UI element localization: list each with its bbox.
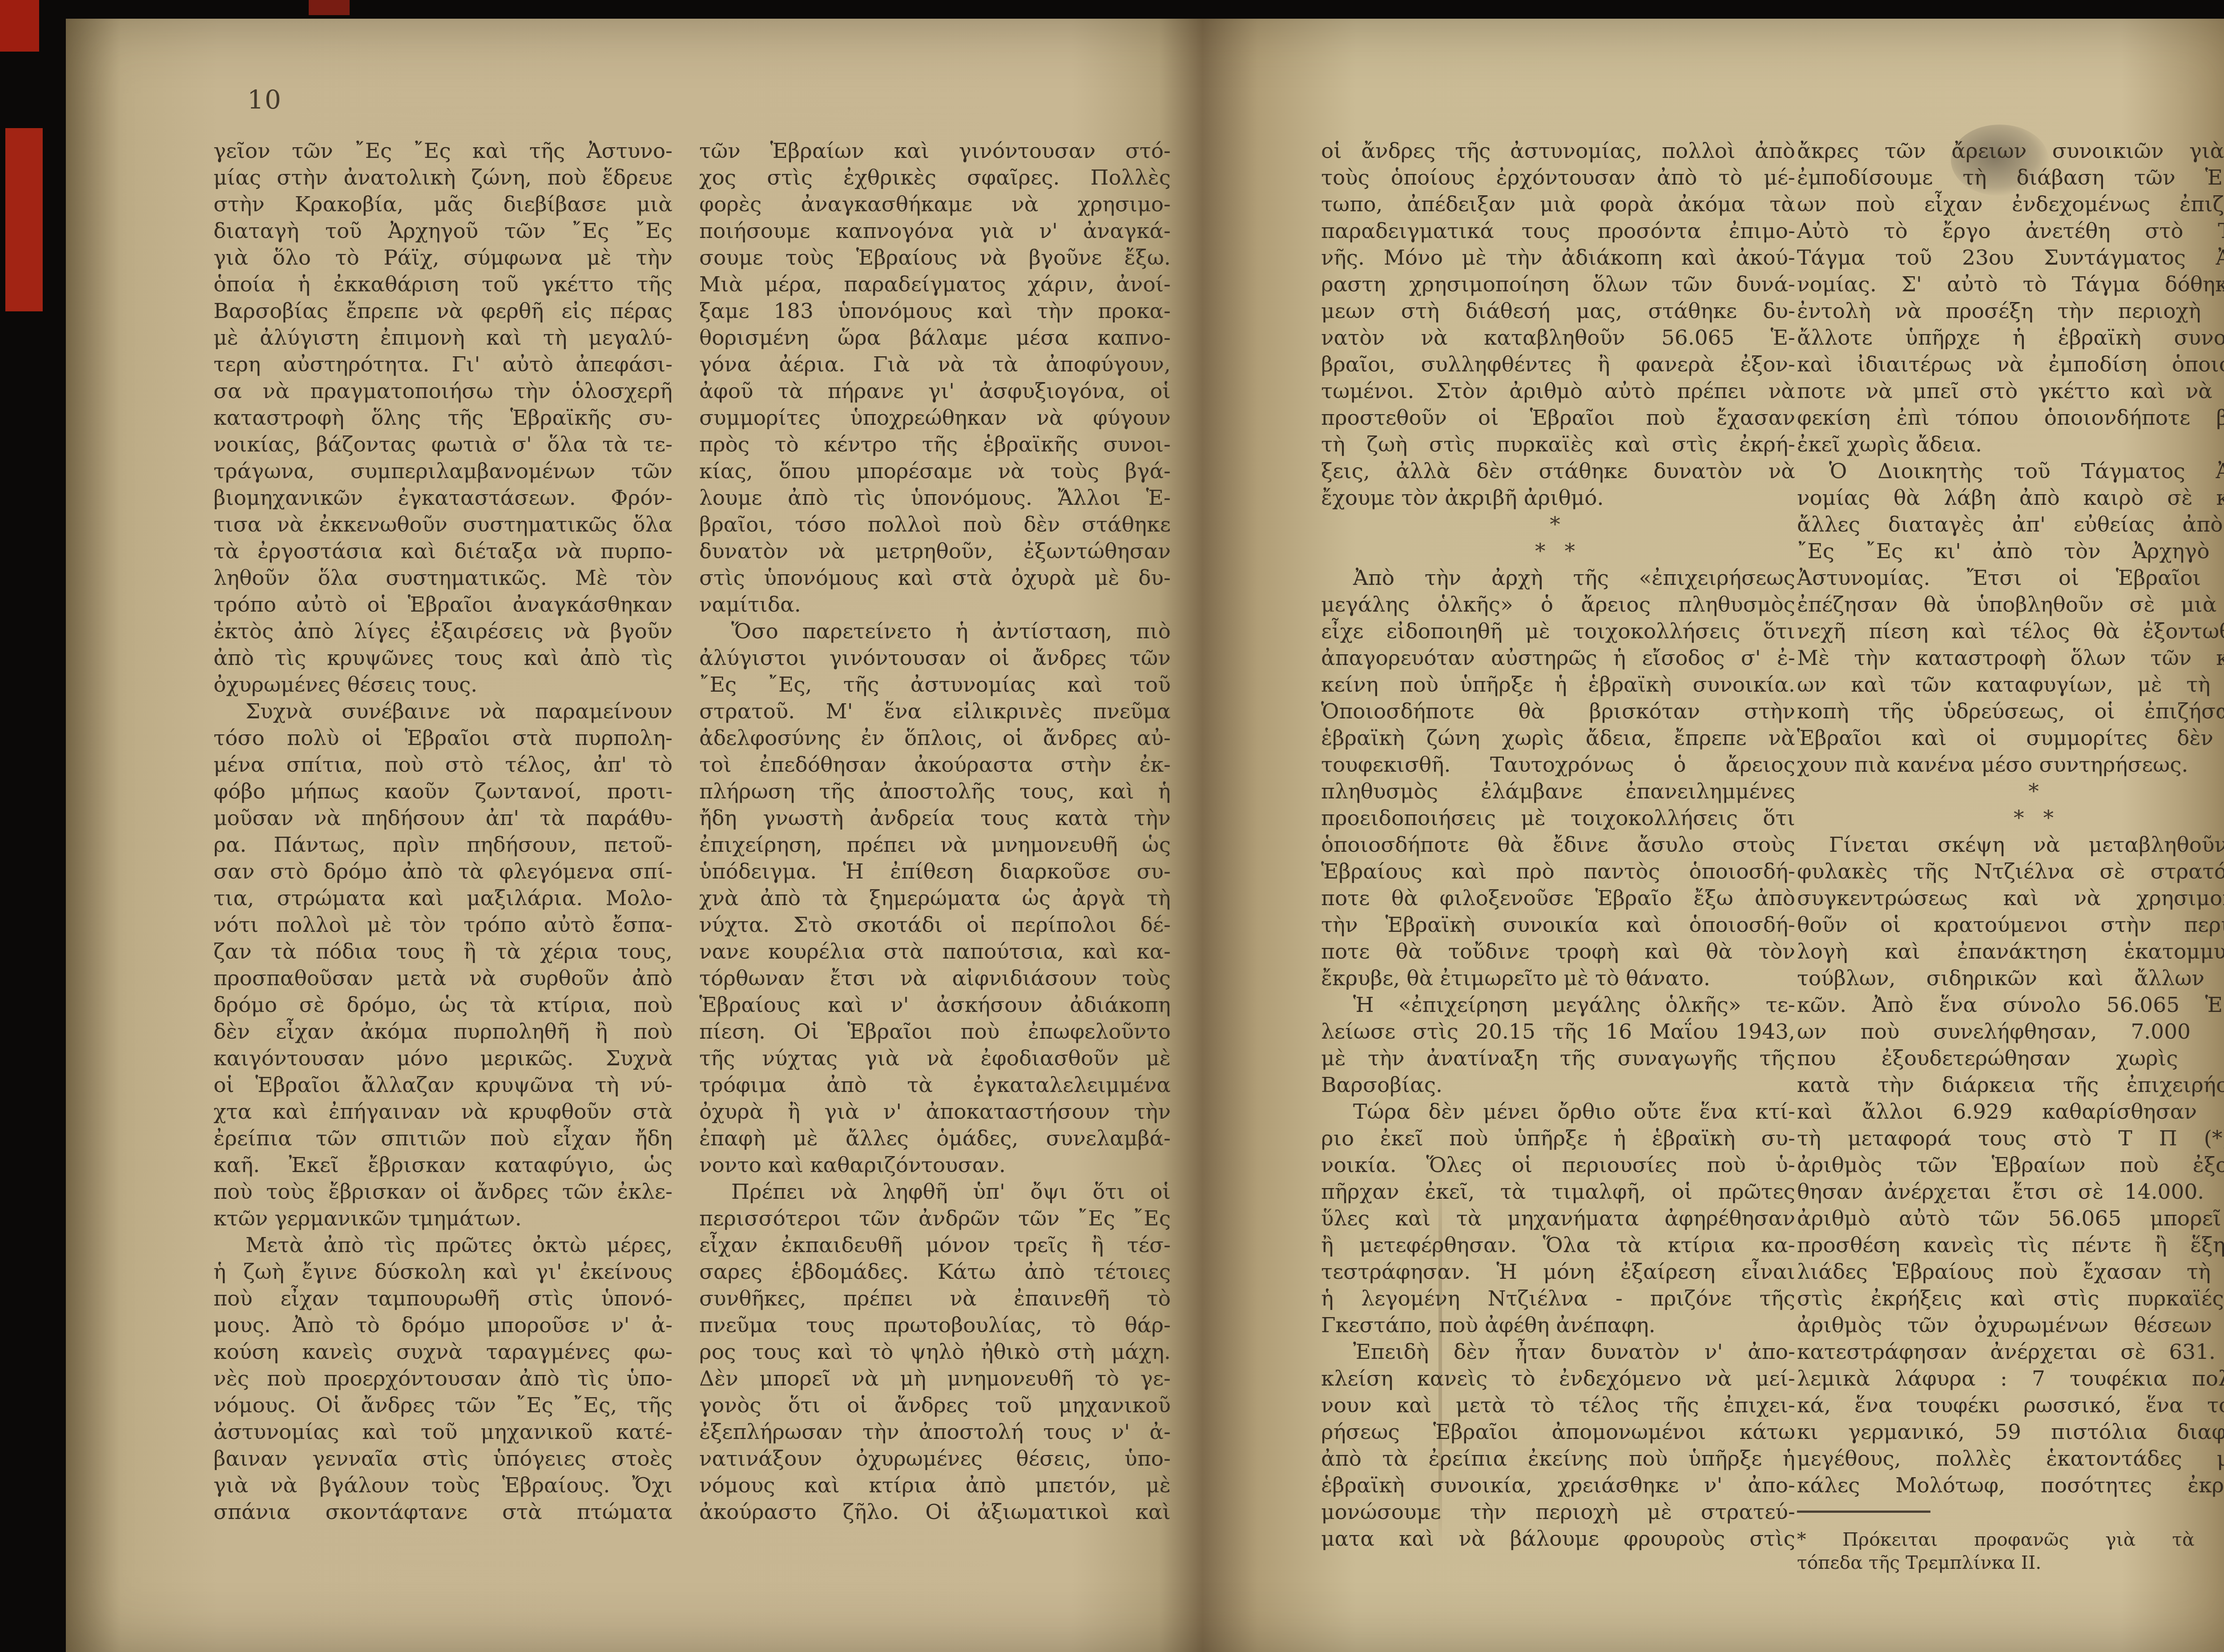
text-line: σα νὰ πραγματοποιήσω τὴν ὁλοσχερῆ xyxy=(214,378,673,405)
text-line: νομίας. Σ' αὐτὸ τὸ Τάγμα δόθηκε ἡ xyxy=(1797,271,2224,298)
text-line: μεγάλης ὁλκῆς» ὁ ἄρειος πληθυσμὸς xyxy=(1321,592,1795,618)
text-line: καὶ ἄλλοι 6.929 καθαρίσθησαν μετὰ xyxy=(1797,1099,2224,1125)
text-line: παραδειγματικά τους προσόντα ἐπιμο- xyxy=(1321,218,1795,245)
text-line: κλείση κανεὶς τὸ ἐνδεχόμενο νὰ μεί- xyxy=(1321,1366,1795,1392)
text-line: ξεις, ἀλλὰ δὲν στάθηκε δυνατὸν νὰ xyxy=(1321,458,1795,485)
text-line: ποὺ εἶχαν ταμπουρωθῆ στὶς ὑπονό- xyxy=(214,1285,673,1312)
text-line: κατεστράφησαν ἀνέρχεται σὲ 631. Πο- xyxy=(1797,1339,2224,1366)
text-line: θορισμένη ὥρα βάλαμε μέσα καπνο- xyxy=(699,325,1171,351)
text-line: ζαν τὰ πόδια τους ἢ τὰ χέρια τους, xyxy=(214,939,673,965)
text-line: θησαν ἀνέρχεται ἔτσι σὲ 14.000. Στὸν xyxy=(1797,1179,2224,1205)
text-line: τὴ ζωὴ στὶς πυρκαϊὲς καὶ στὶς ἐκρή- xyxy=(1321,431,1795,458)
text-line: βιομηχανικῶν ἐγκαταστάσεων. Φρόν- xyxy=(214,485,673,512)
text-line: ἔχουμε τὸν ἀκριβῆ ἀριθμό. xyxy=(1321,485,1795,512)
text-line: κά, ἕνα τουφέκι ρωσσικό, ἕνα τουφέ- xyxy=(1797,1392,2224,1419)
text-line: Ἀπὸ τὴν ἀρχὴ τῆς «ἐπιχειρήσεως xyxy=(1321,565,1795,592)
text-line: Ἀστυνομίας. Ἔτσι οἱ Ἑβραῖοι ποὺ xyxy=(1797,565,2224,592)
text-line: φορὲς ἀναγκασθήκαμε νὰ χρησιμο- xyxy=(699,191,1171,218)
text-line: βραῖοι, τόσο πολλοὶ ποὺ δὲν στάθηκε xyxy=(699,512,1171,538)
text-line: τοὺς ὁποίους ἐρχόντουσαν ἀπὸ τὸ μέ- xyxy=(1321,165,1795,191)
text-line: ὁποιοσδήποτε θὰ ἔδινε ἄσυλο στοὺς xyxy=(1321,832,1795,858)
text-line: ριο ἐκεῖ ποὺ ὑπῆρξε ἡ ἑβραϊκὴ συ- xyxy=(1321,1125,1795,1152)
text-line: κάλες Μολότωφ, ποσότητες ἐκρηκτι- xyxy=(1797,1472,2224,1499)
text-line: ποὺ τοὺς ἔβρισκαν οἱ ἄνδρες τῶν ἐκλε- xyxy=(214,1179,673,1205)
text-line: περισσότεροι τῶν ἀνδρῶν τῶν ῎Ες ῎Ες xyxy=(699,1205,1171,1232)
text-line: τράγωνα, συμπεριλαμβανομένων τῶν xyxy=(214,458,673,485)
text-line: ραστη χρησιμοποίηση ὅλων τῶν δυνά- xyxy=(1321,271,1795,298)
text-line: ἔκρυβε, θὰ ἐτιμωρεῖτο μὲ τὸ θάνατο. xyxy=(1321,965,1795,992)
text-line: λείωσε στὶς 20.15 τῆς 16 Μαΐου 1943, xyxy=(1321,1019,1795,1045)
text-line: ἐπιχείρηση, πρέπει νὰ μνημονευθῆ ὡς xyxy=(699,832,1171,858)
text-line: λιάδες Ἑβραίους ποὺ ἔχασαν τὴ ζωὴ xyxy=(1797,1259,2224,1285)
text-line: τὴ μεταφορά τους στὸ Τ Π (*)· ὁ xyxy=(1797,1125,2224,1152)
text-line: ἐμποδίσουμε τὴ διάβαση τῶν Ἑβραί- xyxy=(1797,165,2224,191)
text-line: καῆ. Ἐκεῖ ἔβρισκαν καταφύγιο, ὡς xyxy=(214,1152,673,1179)
text-line: μένα σπίτια, ποὺ στὸ τέλος, ἀπ' τὸ xyxy=(214,752,673,778)
text-line: μοῦσαν νὰ πηδήσουν ἀπ' τὰ παράθυ- xyxy=(214,805,673,832)
text-line: μίας στὴν ἀνατολικὴ ζώνη, ποὺ ἕδρευε xyxy=(214,165,673,191)
text-line: εἶχε εἰδοποιηθῆ μὲ τοιχοκολλήσεις ὅτι xyxy=(1321,618,1795,645)
text-line: φεκίση ἐπὶ τόπου ὁποιονδήποτε βρεθῆ xyxy=(1797,405,2224,431)
text-line: τὴν Ἑβραϊκὴ συνοικία καὶ ὁποιοσδή- xyxy=(1321,912,1795,939)
text-line: νανε κουρέλια στὰ παπούτσια, καὶ κα- xyxy=(699,939,1171,965)
text-line: τερη αὐστηρότητα. Γι' αὐτὸ ἀπεφάσι- xyxy=(214,351,673,378)
text-line: λεμικὰ λάφυρα : 7 τουφέκια πολωνι- xyxy=(1797,1366,2224,1392)
text-line: νατινάξουν ὀχυρωμένες θέσεις, ὑπο- xyxy=(699,1446,1171,1472)
text-line: κι γερμανικό, 59 πιστόλια διαφόρου xyxy=(1797,1419,2224,1446)
text-line: ξαμε 183 ὑπονόμους καὶ τὴν προκα- xyxy=(699,298,1171,325)
text-line: λογὴ καὶ ἐπανάκτηση ἑκατομμυρίων xyxy=(1797,939,2224,965)
text-line: ῎Ες ῎Ες, τῆς ἀστυνομίας καὶ τοῦ xyxy=(699,672,1171,698)
text-line: μὲ τὴν ἀνατίναξη τῆς συναγωγῆς τῆς xyxy=(1321,1045,1795,1072)
text-line: Δὲν μπορεῖ νὰ μὴ μνημονευθῆ τὸ γε- xyxy=(699,1366,1171,1392)
text-line: ἐκτὸς ἀπὸ λίγες ἐξαιρέσεις νὰ βγοῦν xyxy=(214,618,673,645)
text-line: που ἐξουδετερώθησαν χωρὶς ἄλλο xyxy=(1797,1045,2224,1072)
text-line: Ἑβραίους καὶ ν' ἀσκήσουν ἀδιάκοπη xyxy=(699,992,1171,1019)
text-line: ἀκούραστο ζῆλο. Οἱ ἀξιωματικοὶ καὶ xyxy=(699,1499,1171,1526)
text-line: τοὶ ἐπεδόθησαν ἀκούραστα στὴν ἐκ- xyxy=(699,752,1171,778)
footnote-line: * Πρόκειται προφανῶς γιὰ τὰ στρα xyxy=(1797,1528,2224,1551)
text-line: νοντο καὶ καθαριζόντουσαν. xyxy=(699,1152,1171,1179)
text-line: νόμους καὶ κτίρια ἀπὸ μπετόν, μὲ xyxy=(699,1472,1171,1499)
text-line: ὀχυρὰ ἢ γιὰ ν' ἀποκαταστήσουν τὴν xyxy=(699,1099,1171,1125)
text-line: συνθῆκες, πρέπει νὰ ἐπαινεθῆ τὸ xyxy=(699,1285,1171,1312)
text-line: οἱ ἄνδρες τῆς ἀστυνομίας, πολλοὶ ἀπὸ xyxy=(1321,138,1795,165)
red-edge-mark-top xyxy=(0,0,39,52)
text-line: γόνα ἀέρια. Γιὰ νὰ τὰ ἀποφύγουν, xyxy=(699,351,1171,378)
text-line: στὴν Κρακοβία, μᾶς διεβίβασε μιὰ xyxy=(214,191,673,218)
text-line: κῶν. Ἀπὸ ἕνα σύνολο 56.065 Ἑβραί- xyxy=(1797,992,2224,1019)
text-line: νότι πολλοὶ μὲ τὸν τρόπο αὐτὸ ἔσπα- xyxy=(214,912,673,939)
text-line: Αὐτὸ τὸ ἔργο ἀνετέθη στὸ Τρίτο xyxy=(1797,218,2224,245)
text-line: ματα καὶ νὰ βάλουμε φρουροὺς στὶς xyxy=(1321,1526,1795,1552)
text-line: νεχῆ πίεση καὶ τέλος θὰ ἐξοντωθοῦν. xyxy=(1797,618,2224,645)
text-line: Βαρσοβίας. xyxy=(1321,1072,1795,1099)
text-line: ἀπαγορευόταν αὐστηρῶς ἡ εἴσοδος σ' ἐ- xyxy=(1321,645,1795,672)
footnote-rule xyxy=(1797,1511,1930,1528)
text-line: ρα. Πάντως, πρὶν πηδήσουν, πετοῦ- xyxy=(214,832,673,858)
text-line: πῆρχαν ἐκεῖ, τὰ τιμαλφῆ, οἱ πρῶτες xyxy=(1321,1179,1795,1205)
text-line: πίεση. Οἱ Ἑβραῖοι ποὺ ἐπωφελοῦντο xyxy=(699,1019,1171,1045)
text-line: ὑπόδειγμα. Ἡ ἐπίθεση διαρκοῦσε συ- xyxy=(699,858,1171,885)
text-line: δὲν εἶχαν ἀκόμα πυρποληθῆ ἢ ποὺ xyxy=(214,1019,673,1045)
text-line: Πρέπει νὰ ληφθῆ ὑπ' ὄψι ὅτι οἱ xyxy=(699,1179,1171,1205)
text-line: διαταγὴ τοῦ Ἀρχηγοῦ τῶν ῎Ες ῎Ες xyxy=(214,218,673,245)
text-line: νοικίας, βάζοντας φωτιὰ σ' ὅλα τὰ τε- xyxy=(214,431,673,458)
text-line: ἐξεπλήρωσαν τὴν ἀποστολή τους ν' ἀ- xyxy=(699,1419,1171,1446)
text-line: νόμους. Οἱ ἄνδρες τῶν ῎Ες ῎Ες, τῆς xyxy=(214,1392,673,1419)
page-number-left: 10 xyxy=(247,85,282,115)
text-line: ληθοῦν ὅλα συστηματικῶς. Μὲ τὸν xyxy=(214,565,673,592)
text-line: γεῖον τῶν ῎Ες ῎Ες καὶ τῆς Ἀστυνο- xyxy=(214,138,673,165)
text-line: τῶν Ἑβραίων καὶ γινόντουσαν στό- xyxy=(699,138,1171,165)
section-separator-stars: * xyxy=(1797,778,2224,805)
text-line: καὶ ἰδιαιτέρως νὰ ἐμποδίση ὁποιονδή- xyxy=(1797,351,2224,378)
text-line: ὕλες καὶ τὰ μηχανήματα ἀφηρέθησαν xyxy=(1321,1205,1795,1232)
text-line: ων ποὺ συνελήφθησαν, 7.000 περί- xyxy=(1797,1019,2224,1045)
text-line: σαρες ἑβδομάδες. Κάτω ἀπὸ τέτοιες xyxy=(699,1259,1171,1285)
text-line: κίας, ὅπου μπορέσαμε νὰ τοὺς βγά- xyxy=(699,458,1171,485)
red-top-smudge xyxy=(309,0,350,15)
text-line: ἑβραϊκὴ ζώνη χωρὶς ἄδεια, ἔπρεπε νὰ xyxy=(1321,725,1795,752)
text-line: πνεῦμα τους πρωτοβουλίας, τὸ θάρ- xyxy=(699,1312,1171,1339)
section-separator-stars: * xyxy=(1321,512,1795,538)
text-line: τόρθωναν ἔτσι νὰ αἰφνιδιάσουν τοὺς xyxy=(699,965,1171,992)
text-line: κτῶν γερμανικῶν τμημάτων. xyxy=(214,1205,673,1232)
text-line: στὶς ἐκρήξεις καὶ στὶς πυρκαϊές. Ὁ xyxy=(1797,1285,2224,1312)
text-line: οἱ Ἑβραῖοι ἄλλαζαν κρυψῶνα τὴ νύ- xyxy=(214,1072,673,1099)
text-line: ἤδη γνωστὴ ἀνδρεία τους κατὰ τὴν xyxy=(699,805,1171,832)
text-line: Τάγμα τοῦ 23ου Συντάγματος Ἀστυ- xyxy=(1797,245,2224,271)
text-line: ἄλλες διαταγὲς ἀπ' εὐθείας ἀπὸ τὰ xyxy=(1797,512,2224,538)
text-line: ἀπὸ τὶς κρυψῶνες τους καὶ ἀπὸ τὶς xyxy=(214,645,673,672)
text-line: ἑβραϊκὴ συνοικία, χρειάσθηκε ν' ἀπο- xyxy=(1321,1472,1795,1499)
text-line: ὁποία ἡ ἐκκαθάριση τοῦ γκέττο τῆς xyxy=(214,271,673,298)
open-book-pages: 10 11 γεῖον τῶν ῎Ες ῎Ες καὶ τῆς Ἀστυνο-μ… xyxy=(66,19,2224,1652)
text-line: ἀριθμὸς τῶν Ἑβραίων ποὺ ἐξοντώ- xyxy=(1797,1152,2224,1179)
text-line: τουφεκισθῆ. Ταυτοχρόνως ὁ ἄρειος xyxy=(1321,752,1795,778)
text-line: Γίνεται σκέψη νὰ μεταβληθοῦν οἱ xyxy=(1797,832,2224,858)
text-line: σουμε τοὺς Ἑβραίους νὰ βγοῦνε ἔξω. xyxy=(699,245,1171,271)
text-line: βαιναν γενναῖα στὶς ὑπόγειες στοὲς xyxy=(214,1446,673,1472)
text-line: προειδοποιήσεις μὲ τοιχοκολλήσεις ὅτι xyxy=(1321,805,1795,832)
text-line: λουμε ἀπὸ τὶς ὑπονόμους. Ἄλλοι Ἑ- xyxy=(699,485,1171,512)
text-line: ἐπέζησαν θὰ ὑποβληθοῦν σὲ μιὰ συ- xyxy=(1797,592,2224,618)
text-line: νουν καὶ μετὰ τὸ τέλος τῆς ἐπιχει- xyxy=(1321,1392,1795,1419)
text-line: δρόμο σὲ δρόμο, ὡς τὰ κτίρια, ποὺ xyxy=(214,992,673,1019)
section-separator-stars: * * xyxy=(1321,538,1795,565)
text-line: τωμένοι. Στὸν ἀριθμὸ αὐτὸ πρέπει νὰ xyxy=(1321,378,1795,405)
text-line: σαν στὸ δρόμο ἀπὸ τὰ φλεγόμενα σπί- xyxy=(214,858,673,885)
text-line: ἀριθμὸ αὐτὸ τῶν 56.065 μπορεῖ νὰ xyxy=(1797,1205,2224,1232)
text-line: χτα καὶ ἐπήγαιναν νὰ κρυφθοῦν στὰ xyxy=(214,1099,673,1125)
text-line: δυνατὸν νὰ μετρηθοῦν, ἐξωντώθησαν xyxy=(699,538,1171,565)
text-line: κούση κανεὶς συχνὰ ταραγμένες φω- xyxy=(214,1339,673,1366)
text-line: ἐντολὴ νὰ προσέξη τὴν περιοχὴ ὅπου xyxy=(1797,298,2224,325)
text-line: ἀλύγιστοι γινόντουσαν οἱ ἄνδρες τῶν xyxy=(699,645,1171,672)
footnote-line: τόπεδα τῆς Τρεμπλίνκα ΙΙ. xyxy=(1797,1551,2224,1574)
text-line: τισα νὰ ἐκκενωθοῦν συστηματικῶς ὅλα xyxy=(214,512,673,538)
text-line: Ὁ Διοικητὴς τοῦ Τάγματος Ἀστυ- xyxy=(1797,458,2224,485)
red-edge-mark-middle xyxy=(5,128,43,311)
text-line: ὀχυρωμένες θέσεις τους. xyxy=(214,672,673,698)
text-line: συμμορίτες ὑποχρεώθηκαν νὰ φύγουν xyxy=(699,405,1171,431)
text-line: μονώσουμε τὴν περιοχὴ μὲ στρατεύ- xyxy=(1321,1499,1795,1526)
text-line: πλήρωση τῆς ἀποστολῆς τους, καὶ ἡ xyxy=(699,778,1171,805)
text-line: μεγέθους, πολλὲς ἑκατοντάδες μπου- xyxy=(1797,1446,2224,1472)
section-separator-stars: * * xyxy=(1797,805,2224,832)
text-line: ἢ μετεφέρθησαν. Ὅλα τὰ κτίρια κα- xyxy=(1321,1232,1795,1259)
text-line: προστεθοῦν οἱ Ἑβραῖοι ποὺ ἔχασαν xyxy=(1321,405,1795,431)
text-line: βραῖοι, συλληφθέντες ἢ φανερὰ ἐξον- xyxy=(1321,351,1795,378)
text-line: ποτε θὰ φιλοξενοῦσε Ἑβραῖο ἔξω ἀπὸ xyxy=(1321,885,1795,912)
text-line: χουν πιὰ κανένα μέσο συντηρήσεως. xyxy=(1797,752,2224,778)
text-line: Ἐπειδὴ δὲν ἦταν δυνατὸν ν' ἀπο- xyxy=(1321,1339,1795,1366)
text-line: πρὸς τὸ κέντρο τῆς ἑβραϊκῆς συνοι- xyxy=(699,431,1171,458)
text-line: κείνη ποὺ ὑπῆρξε ἡ ἑβραϊκὴ συνοικία. xyxy=(1321,672,1795,698)
text-line: κατὰ τὴν διάρκεια τῆς ἐπιχειρήσεως, xyxy=(1797,1072,2224,1099)
text-line: πληθυσμὸς ἐλάμβανε ἐπανειλημμένες xyxy=(1321,778,1795,805)
text-line: Ὁποιοσδήποτε θὰ βρισκόταν στὴν xyxy=(1321,698,1795,725)
text-line: ναμίτιδα. xyxy=(699,592,1171,618)
text-line: ων ποὺ εἶχαν ἐνδεχομένως ἐπιζήσει. xyxy=(1797,191,2224,218)
text-line: καταστροφὴ ὅλης τῆς Ἑβραϊκῆς συ- xyxy=(214,405,673,431)
text-line: Τώρα δὲν μένει ὄρθιο οὔτε ἕνα κτί- xyxy=(1321,1099,1795,1125)
text-line: νοικία. Ὅλες οἱ περιουσίες ποὺ ὑ- xyxy=(1321,1152,1795,1179)
text-line: Βαρσοβίας ἔπρεπε νὰ φερθῆ εἰς πέρας xyxy=(214,298,673,325)
text-line: ἐρείπια τῶν σπιτιῶν ποὺ εἶχαν ἤδη xyxy=(214,1125,673,1152)
text-line: γιὰ ὅλο τὸ Ράϊχ, σύμφωνα μὲ τὴν xyxy=(214,245,673,271)
text-line: Ἡ «ἐπιχείρηση μεγάλης ὁλκῆς» τε- xyxy=(1321,992,1795,1019)
text-line: τούβλων, σιδηρικῶν καὶ ἄλλων ὑλι- xyxy=(1797,965,2224,992)
text-line: στὶς ὑπονόμους καὶ στὰ ὀχυρὰ μὲ δυ- xyxy=(699,565,1171,592)
text-line: ἀπὸ τὰ ἐρείπια ἐκείνης ποὺ ὑπῆρξε ἡ xyxy=(1321,1446,1795,1472)
text-line: χος στὶς ἐχθρικὲς σφαῖρες. Πολλὲς xyxy=(699,165,1171,191)
text-line: μους. Ἀπὸ τὸ δρόμο μποροῦσε ν' ἀ- xyxy=(214,1312,673,1339)
text-line: ἄλλοτε ὑπῆρχε ἡ ἑβραϊκὴ συνοικία, xyxy=(1797,325,2224,351)
text-line: ἀριθμὸς τῶν ὀχυρωμένων θέσεων ποὺ xyxy=(1797,1312,2224,1339)
text-line: Μὲ τὴν καταστροφὴ ὅλων τῶν κτιρί- xyxy=(1797,645,2224,672)
text-line: ἀστυνομίας καὶ τοῦ μηχανικοῦ κατέ- xyxy=(214,1419,673,1446)
text-line: Μετὰ ἀπὸ τὶς πρῶτες ὀκτὼ μέρες, xyxy=(214,1232,673,1259)
right-page-column-2: ἄκρες τῶν ἄρειων συνοικιῶν γιὰ νὰἐμποδίσ… xyxy=(1797,138,2224,1574)
text-line: νομίας θὰ λάβη ἀπὸ καιρὸ σὲ καιρὸ xyxy=(1797,485,2224,512)
text-line: καιγόντουσαν μόνο μερικῶς. Συχνὰ xyxy=(214,1045,673,1072)
text-line: ποτε θὰ τοὔδινε τροφὴ καὶ θὰ τὸν xyxy=(1321,939,1795,965)
text-line: φυλακὲς τῆς Ντζιέλνα σὲ στρατόπεδο xyxy=(1797,858,2224,885)
text-line: τῆς νύχτας γιὰ νὰ ἐφοδιασθοῦν μὲ xyxy=(699,1045,1171,1072)
scanned-book-spread: { "page_left": { "number": "10", "column… xyxy=(0,0,2224,1652)
text-line: στρατοῦ. Μ' ἕνα εἰλικρινὲς πνεῦμα xyxy=(699,698,1171,725)
text-line: τωπο, ἀπέδειξαν μιὰ φορὰ ἀκόμα τὰ xyxy=(1321,191,1795,218)
text-line: Ἑβραίους καὶ πρὸ παντὸς ὁποιοσδή- xyxy=(1321,858,1795,885)
text-line: θοῦν οἱ κρατούμενοι στὴν περισυλ- xyxy=(1797,912,2224,939)
text-line: τρόφιμα ἀπὸ τὰ ἐγκαταλελειμμένα xyxy=(699,1072,1171,1099)
text-line: Γκεστάπο, ποὺ ἀφέθη ἀνέπαφη. xyxy=(1321,1312,1795,1339)
text-line: χνὰ ἀπὸ τὰ ξημερώματα ὡς ἀργὰ τὴ xyxy=(699,885,1171,912)
text-line: φόβο μήπως καοῦν ζωντανοί, προτι- xyxy=(214,778,673,805)
text-line: νὲς ποὺ προερχόντουσαν ἀπὸ τὶς ὑπο- xyxy=(214,1366,673,1392)
text-line: ἐπαφὴ μὲ ἄλλες ὁμάδες, συνελαμβά- xyxy=(699,1125,1171,1152)
left-page-column-2: τῶν Ἑβραίων καὶ γινόντουσαν στό-χος στὶς… xyxy=(699,138,1171,1526)
text-line: τρόπο αὐτὸ οἱ Ἑβραῖοι ἀναγκάσθηκαν xyxy=(214,592,673,618)
text-line: ἡ ζωὴ ἔγινε δύσκολη καὶ γι' ἐκείνους xyxy=(214,1259,673,1285)
text-line: ποτε νὰ μπεῖ στὸ γκέττο καὶ νὰ του- xyxy=(1797,378,2224,405)
text-line: εἶχαν ἐκπαιδευθῆ μόνον τρεῖς ἢ τέσ- xyxy=(699,1232,1171,1259)
text-line: ἄκρες τῶν ἄρειων συνοικιῶν γιὰ νὰ xyxy=(1797,138,2224,165)
text-line: Μιὰ μέρα, παραδείγματος χάριν, ἀνοί- xyxy=(699,271,1171,298)
text-line: ἀφοῦ τὰ πήρανε γι' ἀσφυξιογόνα, οἱ xyxy=(699,378,1171,405)
text-line: σπάνια σκοντάφτανε στὰ πτώματα xyxy=(214,1499,673,1526)
left-page-column-1: γεῖον τῶν ῎Ες ῎Ες καὶ τῆς Ἀστυνο-μίας στ… xyxy=(214,138,673,1526)
text-line: προσθέση κανεὶς τὶς πέντε ἢ ἕξη χι- xyxy=(1797,1232,2224,1259)
text-line: τόσο πολὺ οἱ Ἑβραῖοι στὰ πυρπολη- xyxy=(214,725,673,752)
text-line: τὰ ἐργοστάσια καὶ διέταξα νὰ πυρπο- xyxy=(214,538,673,565)
text-line: ἡ λεγομένη Ντζιέλνα - πριζόνε τῆς xyxy=(1321,1285,1795,1312)
text-line: νῆς. Μόνο μὲ τὴν ἀδιάκοπη καὶ ἀκού- xyxy=(1321,245,1795,271)
text-line: ποιήσουμε καπνογόνα γιὰ ν' ἀναγκά- xyxy=(699,218,1171,245)
text-line: συγκεντρώσεως καὶ νὰ χρησιμοποιη- xyxy=(1797,885,2224,912)
text-line: κοπὴ τῆς ὑδρεύσεως, οἱ ἐπιζήσαντες xyxy=(1797,698,2224,725)
text-line: ρος τους καὶ τὸ ψηλὸ ἠθικὸ στὴ μάχη. xyxy=(699,1339,1171,1366)
text-line: ἀδελφοσύνης ἐν ὅπλοις, οἱ ἄνδρες αὐ- xyxy=(699,725,1171,752)
right-page-column-1: οἱ ἄνδρες τῆς ἀστυνομίας, πολλοὶ ἀπὸτοὺς… xyxy=(1321,138,1795,1552)
text-line: Συχνὰ συνέβαινε νὰ παραμείνουν xyxy=(214,698,673,725)
text-line: νύχτα. Στὸ σκοτάδι οἱ περίπολοι δέ- xyxy=(699,912,1171,939)
text-line: προσπαθοῦσαν μετὰ νὰ συρθοῦν ἀπὸ xyxy=(214,965,673,992)
text-line: νατὸν νὰ καταβληθοῦν 56.065 Ἑ- xyxy=(1321,325,1795,351)
text-line: ρήσεως Ἑβραῖοι ἀπομονωμένοι κάτω xyxy=(1321,1419,1795,1446)
text-line: γιὰ νὰ βγάλουν τοὺς Ἑβραίους. Ὄχι xyxy=(214,1472,673,1499)
text-line: ἐκεῖ χωρὶς ἄδεια. xyxy=(1797,431,2224,458)
text-line: ῎Ες ῎Ες κι' ἀπὸ τὸν Ἀρχηγὸ τῆς xyxy=(1797,538,2224,565)
text-line: γονὸς ὅτι οἱ ἄνδρες τοῦ μηχανικοῦ xyxy=(699,1392,1171,1419)
text-line: τια, στρώματα καὶ μαξιλάρια. Μολο- xyxy=(214,885,673,912)
text-line: Ὅσο παρετείνετο ἡ ἀντίσταση, πιὸ xyxy=(699,618,1171,645)
text-line: μεων στὴ διάθεσή μας, στάθηκε δυ- xyxy=(1321,298,1795,325)
text-line: τεστράφησαν. Ἡ μόνη ἐξαίρεση εἶναι xyxy=(1321,1259,1795,1285)
text-line: μὲ ἀλύγιστη ἐπιμονὴ καὶ τὴ μεγαλύ- xyxy=(214,325,673,351)
text-line: ων καὶ τῶν καταφυγίων, μὲ τὴ δια- xyxy=(1797,672,2224,698)
text-line: Ἑβραῖοι καὶ οἱ συμμορίτες δὲν θἄ- xyxy=(1797,725,2224,752)
